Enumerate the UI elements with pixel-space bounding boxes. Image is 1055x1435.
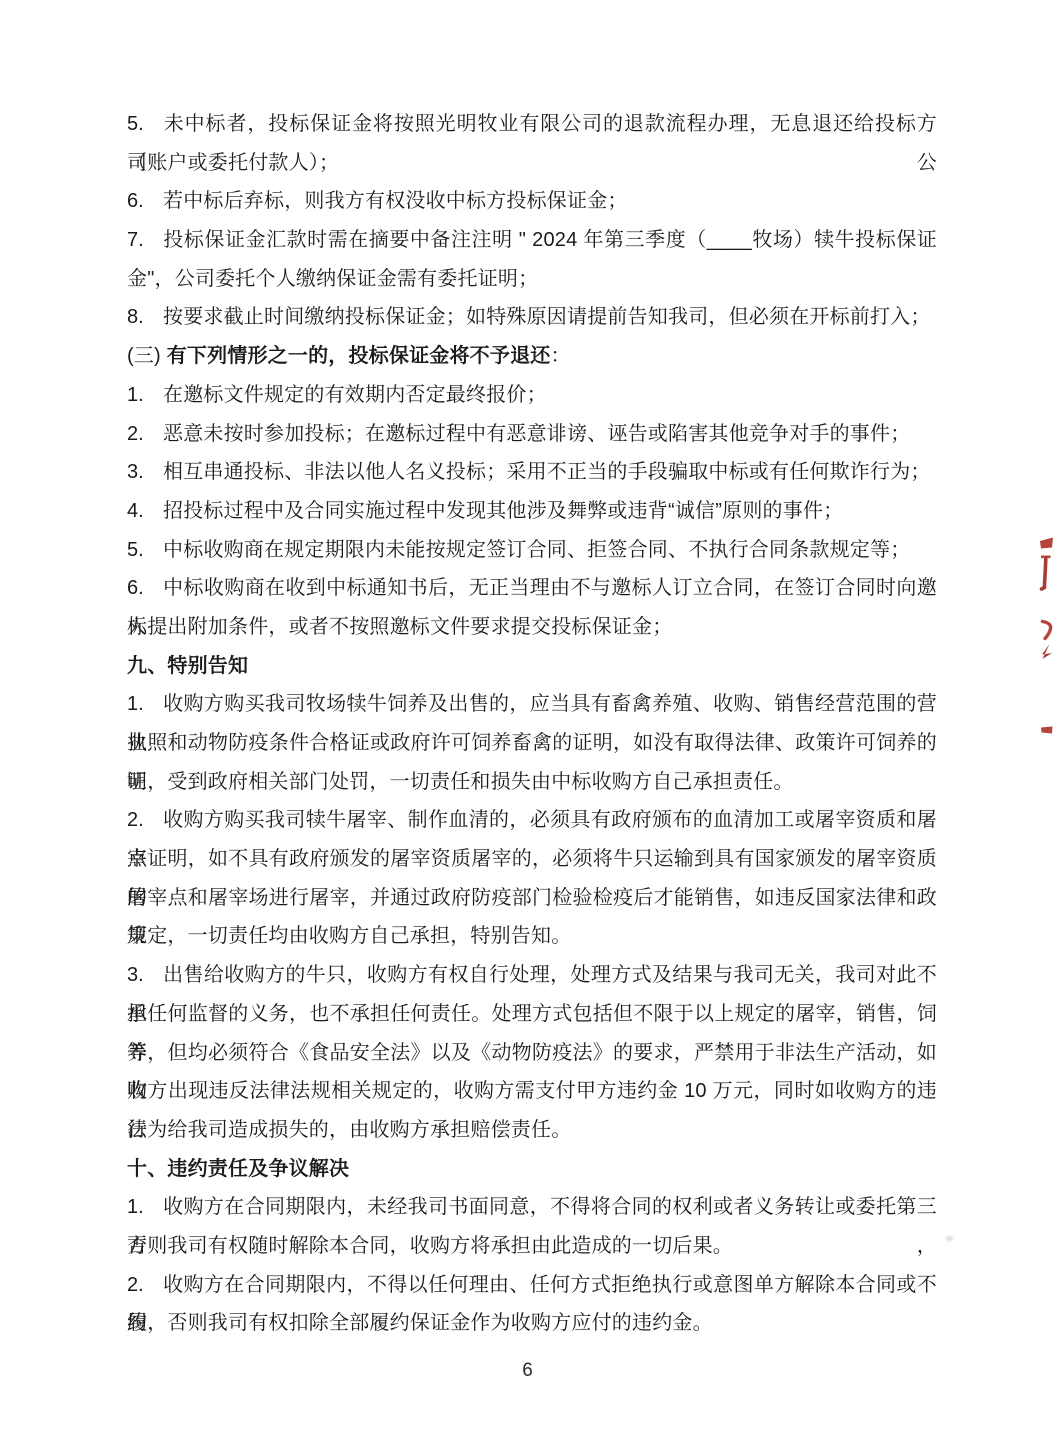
list-number: 6. — [127, 569, 163, 608]
text-segment: 明，受到政府相关部门处罚，一切责任和损失由中标收购方自己承担责任。 — [127, 771, 794, 793]
list-number: 8. — [127, 298, 163, 337]
text-line-14: 人提出附加条件，或者不按照邀标文件要求提交投标保证金； — [127, 608, 937, 647]
text-segment: ： — [551, 345, 571, 367]
red-ink-stroke — [1042, 559, 1046, 589]
text-line-21: 屠宰点和屠宰场进行屠宰，并通过政府防疫部门检验检疫后才能销售，如违反国家法律和政… — [127, 879, 937, 918]
text-line-25: 等，但均必须符合《食品安全法》以及《动物防疫法》的要求，严禁用于非法生产活动，如… — [127, 1034, 937, 1073]
text-line-29: 1.收购方在合同期限内，未经我司书面同意，不得将合同的权利或者义务转让或委托第三… — [127, 1188, 937, 1227]
list-number: 1. — [127, 376, 163, 415]
text-block: 5.未中标者，投标保证金将按照光明牧业有限公司的退款流程办理，无息退还给投标方（… — [127, 105, 937, 1343]
text-segment: 行为给我司造成损失的，由收购方承担赔偿责任。 — [127, 1119, 571, 1141]
list-number: 3. — [127, 956, 163, 995]
text-segment: 十、违约责任及争议解决 — [127, 1158, 349, 1180]
text-segment: 人提出附加条件，或者不按照邀标文件要求提交投标保证金； — [127, 616, 672, 638]
red-ink-stroke — [1041, 727, 1053, 734]
text-line-17: 执照和动物防疫条件合格证或政府许可饲养畜禽的证明，如没有取得法律、政策许可饲养的… — [127, 724, 937, 763]
text-line-28: 十、违约责任及争议解决 — [127, 1150, 937, 1189]
text-segment: 司账户或委托付款人）； — [127, 152, 339, 174]
text-line-10: 3.相互串通投标、非法以他人名义投标；采用不正当的手段骗取中标或有任何欺诈行为； — [127, 453, 937, 492]
text-line-1: 5.未中标者，投标保证金将按照光明牧业有限公司的退款流程办理，无息退还给投标方（… — [127, 105, 937, 144]
text-segment: 九、特别告知 — [127, 655, 248, 677]
text-segment: 相互串通投标、非法以他人名义投标；采用不正当的手段骗取中标或有任何欺诈行为； — [163, 461, 931, 483]
text-line-24: 担任何监督的义务，也不承担任何责任。处理方式包括但不限于以上规定的屠宰，销售，饲… — [127, 995, 937, 1034]
list-number: 1. — [127, 1188, 163, 1227]
list-number: 2. — [127, 1266, 163, 1305]
text-line-32: 约，否则我司有权扣除全部履约保证金作为收购方应付的违约金。 — [127, 1304, 937, 1343]
text-line-26: 购方出现违反法律法规相关规定的，收购方需支付甲方违约金 10 万元，同时如收购方… — [127, 1072, 937, 1111]
text-line-9: 2.恶意未按时参加投标；在邀标过程中有恶意诽谤、诬告或陷害其他竞争对手的事件； — [127, 415, 937, 454]
scan-smudge — [944, 1234, 955, 1243]
list-number: 5. — [127, 531, 163, 570]
text-segment: 招投标过程中及合同实施过程中发现其他涉及舞弊或违背“诚信”原则的事件； — [163, 500, 843, 522]
text-line-6: 8.按要求截止时间缴纳投标保证金；如特殊原因请提前告知我司，但必须在开标前打入； — [127, 298, 937, 337]
text-segment: 投标保证金汇款时需在摘要中备注注明 " 2024 年第三季度（____牧场）犊牛… — [163, 229, 937, 251]
document-page: 5.未中标者，投标保证金将按照光明牧业有限公司的退款流程办理，无息退还给投标方（… — [0, 0, 1055, 1435]
text-line-18: 明，受到政府相关部门处罚，一切责任和损失由中标收购方自己承担责任。 — [127, 763, 937, 802]
list-number: 2. — [127, 801, 163, 840]
text-segment: 在邀标文件规定的有效期内否定最终报价； — [163, 384, 547, 406]
text-segment: 有下列情形之一的，投标保证金将不予退还 — [167, 345, 551, 367]
text-segment: 约，否则我司有权扣除全部履约保证金作为收购方应付的违约金。 — [127, 1312, 713, 1334]
text-line-23: 3.出售给收购方的牛只，收购方有权自行处理，处理方式及结果与我司无关，我司对此不… — [127, 956, 937, 995]
list-number: 6. — [127, 182, 163, 221]
list-number: 1. — [127, 685, 163, 724]
text-line-31: 2.收购方在合同期限内，不得以任何理由、任何方式拒绝执行或意图单方解除本合同或不… — [127, 1266, 937, 1305]
text-line-12: 5.中标收购商在规定期限内未能按规定签订合同、拒签合同、不执行合同条款规定等； — [127, 531, 937, 570]
text-segment: 若中标后弃标，则我方有权没收中标方投标保证金； — [163, 190, 628, 212]
list-number: 5. — [127, 105, 163, 144]
text-segment: (三) — [127, 345, 167, 367]
text-line-15: 九、特别告知 — [127, 647, 937, 686]
text-line-4: 7.投标保证金汇款时需在摘要中备注注明 " 2024 年第三季度（____牧场）… — [127, 221, 937, 260]
text-segment: 规定，一切责任均由收购方自己承担，特别告知。 — [127, 925, 571, 947]
text-line-20: 点证明，如不具有政府颁发的屠宰资质屠宰的，必须将牛只运输到具有国家颁发的屠宰资质… — [127, 840, 937, 879]
list-number: 4. — [127, 492, 163, 531]
text-line-11: 4.招投标过程中及合同实施过程中发现其他涉及舞弊或违背“诚信”原则的事件； — [127, 492, 937, 531]
page-number: 6 — [0, 1356, 1055, 1386]
text-segment: 恶意未按时参加投标；在邀标过程中有恶意诽谤、诬告或陷害其他竞争对手的事件； — [163, 423, 910, 445]
text-line-3: 6.若中标后弃标，则我方有权没收中标方投标保证金； — [127, 182, 937, 221]
red-ink-marks — [1030, 530, 1055, 740]
list-number: 3. — [127, 453, 163, 492]
text-line-8: 1.在邀标文件规定的有效期内否定最终报价； — [127, 376, 937, 415]
red-ink-stroke — [1040, 538, 1053, 549]
text-line-5: 金"，公司委托个人缴纳保证金需有委托证明； — [127, 260, 937, 299]
text-segment: 否则我司有权随时解除本合同，收购方将承担由此造成的一切后果。 — [127, 1235, 733, 1257]
red-ink-stroke — [1043, 622, 1051, 639]
text-segment: 中标收购商在规定期限内未能按规定签订合同、拒签合同、不执行合同条款规定等； — [163, 539, 910, 561]
text-line-13: 6.中标收购商在收到中标通知书后，无正当理由不与邀标人订立合同，在签订合同时向邀… — [127, 569, 937, 608]
text-segment: 金"，公司委托个人缴纳保证金需有委托证明； — [127, 268, 538, 290]
list-number: 7. — [127, 221, 163, 260]
text-line-19: 2.收购方购买我司犊牛屠宰、制作血清的，必须具有政府颁布的血清加工或屠宰资质和屠… — [127, 801, 937, 840]
text-line-16: 1.收购方购买我司牧场犊牛饲养及出售的，应当具有畜禽养殖、收购、销售经营范围的营… — [127, 685, 937, 724]
list-number: 2. — [127, 415, 163, 454]
red-ink-stroke — [1042, 644, 1052, 659]
text-segment: 按要求截止时间缴纳投标保证金；如特殊原因请提前告知我司，但必须在开标前打入； — [163, 306, 931, 328]
text-line-7: (三) 有下列情形之一的，投标保证金将不予退还： — [127, 337, 937, 376]
text-line-22: 规定，一切责任均由收购方自己承担，特别告知。 — [127, 917, 937, 956]
text-line-27: 行为给我司造成损失的，由收购方承担赔偿责任。 — [127, 1111, 937, 1150]
